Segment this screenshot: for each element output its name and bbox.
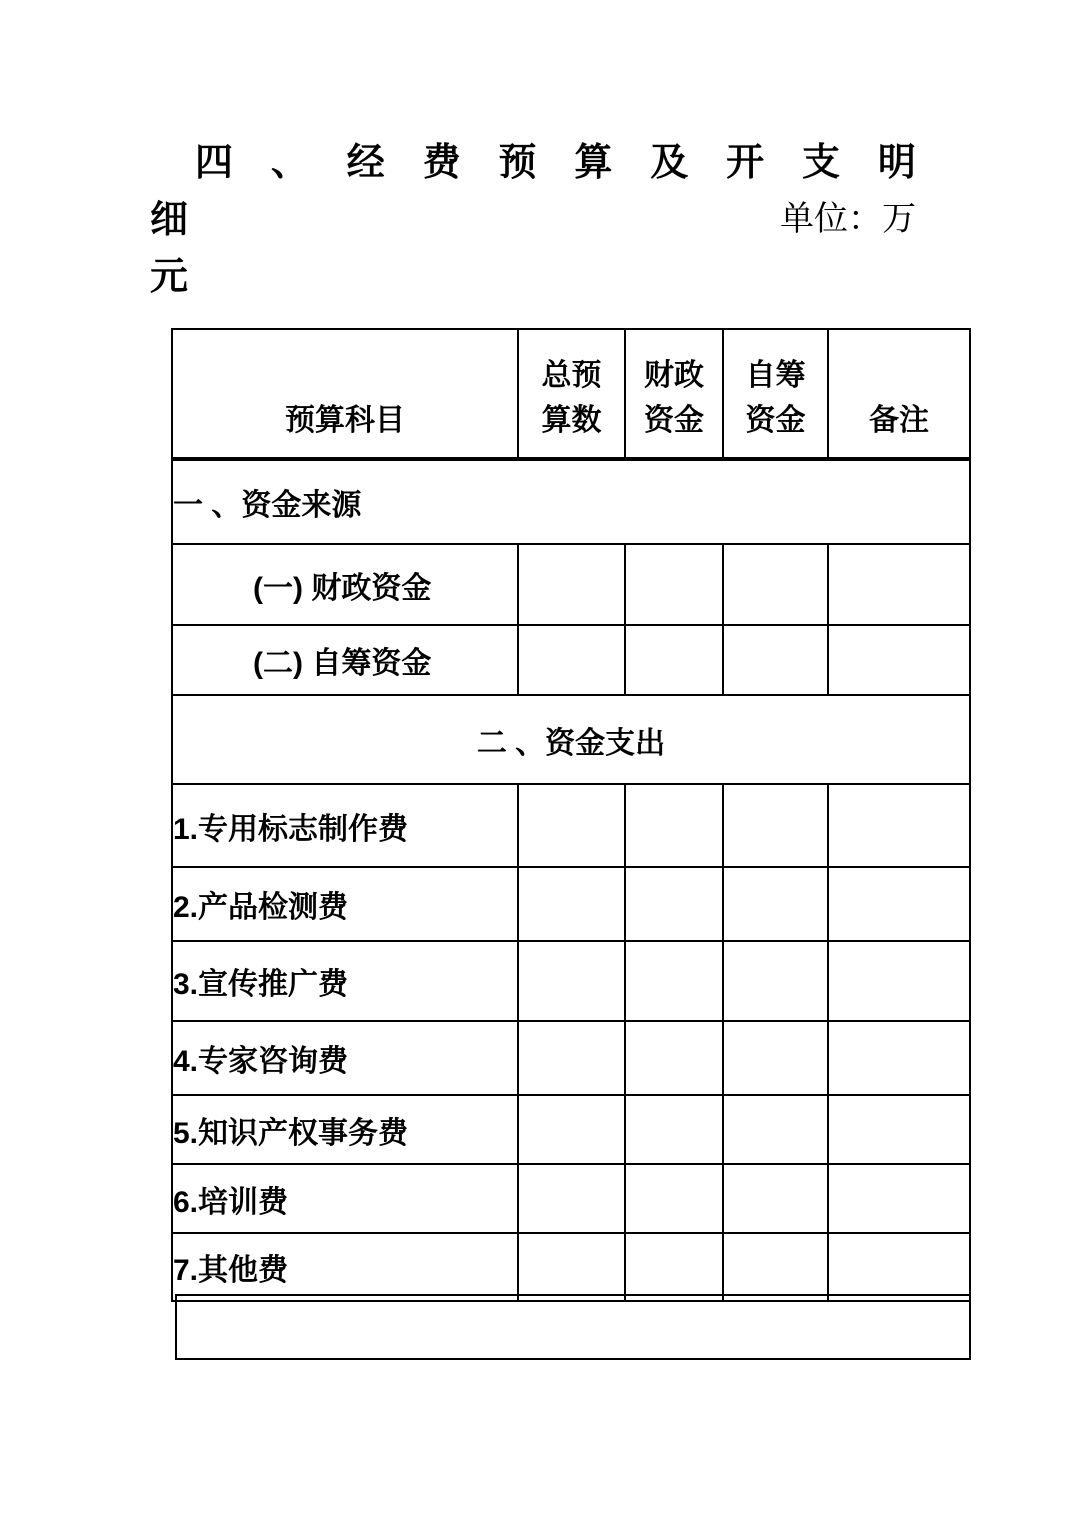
empty-value-cell[interactable] (518, 784, 625, 867)
table-row: 3.宣传推广费 (172, 941, 970, 1021)
title-line-2: 细 单位：万 (150, 187, 916, 244)
empty-value-cell[interactable] (723, 784, 828, 867)
budget-table-wrap: 预算科目总预 算数财政 资金自筹 资金备注 一 、资金来源(一) 财政资金(二)… (171, 328, 971, 1302)
empty-value-cell[interactable] (723, 1095, 828, 1164)
empty-value-cell[interactable] (518, 1233, 625, 1301)
table-row: 6.培训费 (172, 1164, 970, 1233)
row-label-cell: 6.培训费 (172, 1164, 518, 1233)
budget-table-header: 预算科目总预 算数财政 资金自筹 资金备注 (172, 329, 970, 459)
table-header-cell: 预算科目 (172, 329, 518, 459)
title-char: 、 (271, 131, 309, 186)
empty-value-cell[interactable] (625, 784, 723, 867)
empty-value-cell[interactable] (828, 784, 970, 867)
empty-value-cell[interactable] (828, 867, 970, 941)
unit-label: 单位：万 (780, 191, 916, 240)
empty-value-cell[interactable] (518, 544, 625, 625)
title-line-1: 四、经费预算及开支明 (150, 130, 916, 187)
empty-value-cell[interactable] (625, 1164, 723, 1233)
empty-value-cell[interactable] (625, 1021, 723, 1095)
table-header-cell: 财政 资金 (625, 329, 723, 459)
row-label-cell: 5.知识产权事务费 (172, 1095, 518, 1164)
empty-value-cell[interactable] (723, 1233, 828, 1301)
title-char: 经 (347, 131, 385, 186)
empty-value-cell[interactable] (723, 625, 828, 695)
title-char: 四 (195, 131, 233, 186)
empty-value-cell[interactable] (723, 1164, 828, 1233)
title-line-3: 元 (150, 244, 916, 301)
empty-value-cell[interactable] (625, 867, 723, 941)
table-header-cell: 自筹 资金 (723, 329, 828, 459)
table-row: (一) 财政资金 (172, 544, 970, 625)
title-char: 开 (726, 131, 764, 186)
empty-value-cell[interactable] (518, 941, 625, 1021)
table-row: (二) 自筹资金 (172, 625, 970, 695)
empty-value-cell[interactable] (518, 625, 625, 695)
row-label-cell: 4.专家咨询费 (172, 1021, 518, 1095)
empty-value-cell[interactable] (723, 941, 828, 1021)
row-label-cell: (一) 财政资金 (172, 544, 518, 625)
empty-value-cell[interactable] (518, 1095, 625, 1164)
empty-value-cell[interactable] (625, 1095, 723, 1164)
table-header-cell: 总预 算数 (518, 329, 625, 459)
budget-table: 预算科目总预 算数财政 资金自筹 资金备注 一 、资金来源(一) 财政资金(二)… (171, 328, 971, 1302)
empty-value-cell[interactable] (518, 1164, 625, 1233)
title-char: 明 (878, 131, 916, 186)
title-char: 及 (650, 131, 688, 186)
title-char: 算 (574, 131, 612, 186)
row-label-cell: 3.宣传推广费 (172, 941, 518, 1021)
empty-value-cell[interactable] (518, 1021, 625, 1095)
empty-value-cell[interactable] (828, 625, 970, 695)
empty-value-cell[interactable] (828, 1021, 970, 1095)
table-row: 2.产品检测费 (172, 867, 970, 941)
title-block: 四、经费预算及开支明 细 单位：万 元 (150, 130, 916, 301)
bottom-empty-box[interactable] (175, 1294, 971, 1360)
empty-value-cell[interactable] (723, 1021, 828, 1095)
section-row-cell: 一 、资金来源 (172, 459, 970, 544)
document-page: 四、经费预算及开支明 细 单位：万 元 预算科目总预 算数财政 资金自筹 资金备… (0, 0, 1074, 1520)
row-label-cell: 1.专用标志制作费 (172, 784, 518, 867)
empty-value-cell[interactable] (625, 625, 723, 695)
section-row-cell: 二 、资金支出 (172, 695, 970, 784)
budget-table-body: 一 、资金来源(一) 财政资金(二) 自筹资金二 、资金支出1.专用标志制作费2… (172, 459, 970, 1301)
row-label-cell: 2.产品检测费 (172, 867, 518, 941)
empty-value-cell[interactable] (828, 1095, 970, 1164)
empty-value-cell[interactable] (828, 941, 970, 1021)
table-row: 1.专用标志制作费 (172, 784, 970, 867)
header-row: 预算科目总预 算数财政 资金自筹 资金备注 (172, 329, 970, 459)
table-header-cell: 备注 (828, 329, 970, 459)
table-row: 4.专家咨询费 (172, 1021, 970, 1095)
table-row: 二 、资金支出 (172, 695, 970, 784)
title-char: 费 (423, 131, 461, 186)
empty-value-cell[interactable] (723, 544, 828, 625)
empty-value-cell[interactable] (828, 1233, 970, 1301)
title-line-2-left: 细 (150, 188, 188, 243)
empty-value-cell[interactable] (518, 867, 625, 941)
empty-value-cell[interactable] (828, 1164, 970, 1233)
table-row: 5.知识产权事务费 (172, 1095, 970, 1164)
table-row: 7.其他费 (172, 1233, 970, 1301)
table-row: 一 、资金来源 (172, 459, 970, 544)
empty-value-cell[interactable] (625, 941, 723, 1021)
row-label-cell: 7.其他费 (172, 1233, 518, 1301)
empty-value-cell[interactable] (828, 544, 970, 625)
row-label-cell: (二) 自筹资金 (172, 625, 518, 695)
title-char: 预 (499, 131, 537, 186)
empty-value-cell[interactable] (723, 867, 828, 941)
empty-value-cell[interactable] (625, 1233, 723, 1301)
title-line-3-left: 元 (150, 245, 188, 300)
title-char: 支 (802, 131, 840, 186)
empty-value-cell[interactable] (625, 544, 723, 625)
